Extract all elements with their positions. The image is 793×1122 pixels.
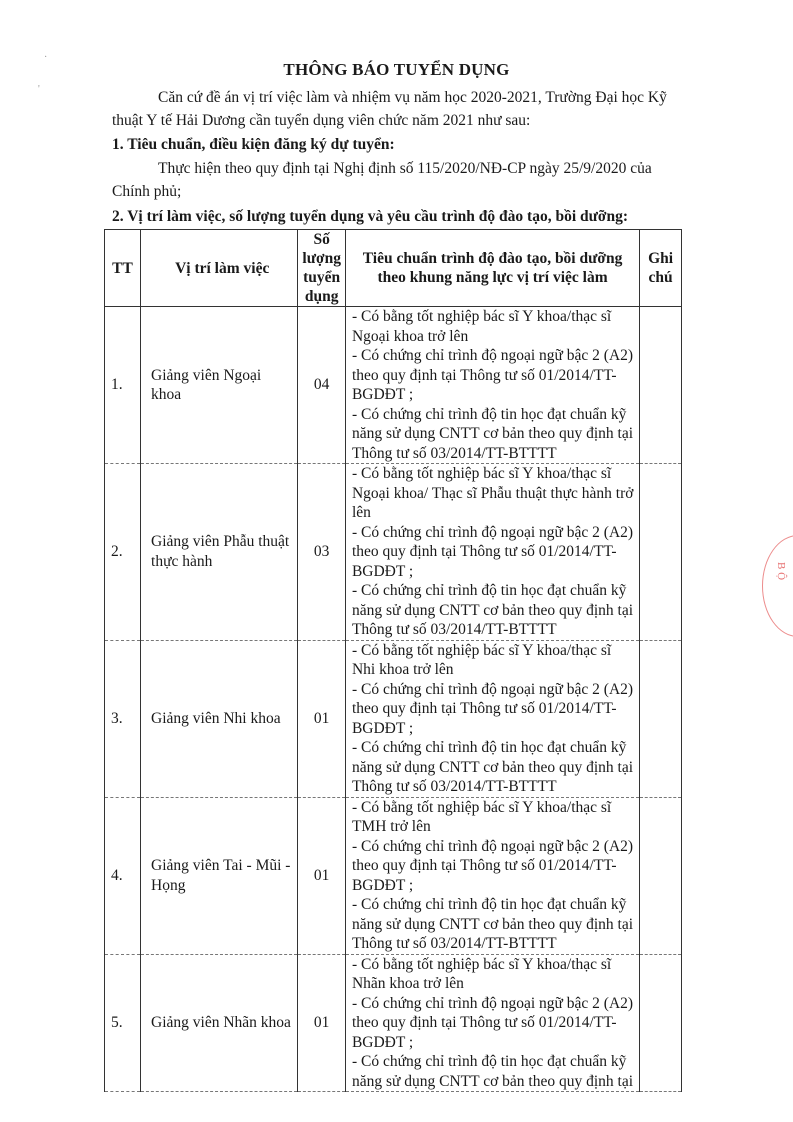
- table-header-row: TT Vị trí làm việc Số lượng tuyển dụng T…: [105, 230, 682, 307]
- section1-text: Thực hiện theo quy định tại Nghị định số…: [112, 157, 690, 203]
- standard-requirement: - Có bằng tốt nghiệp bác sĩ Y khoa/thạc …: [352, 955, 635, 994]
- standard-requirement: - Có chứng chỉ trình độ ngoại ngữ bậc 2 …: [352, 994, 635, 1053]
- cell-position: Giảng viên Phẫu thuật thực hành: [141, 464, 298, 641]
- standard-requirement: - Có chứng chỉ trình độ tin học đạt chuẩ…: [352, 895, 635, 954]
- header-position: Vị trí làm việc: [141, 230, 298, 307]
- standard-requirement: - Có bằng tốt nghiệp bác sĩ Y khoa/thạc …: [352, 798, 635, 837]
- cell-quantity: 01: [298, 797, 346, 954]
- standard-requirement: - Có chứng chỉ trình độ ngoại ngữ bậc 2 …: [352, 523, 635, 582]
- official-stamp: [762, 535, 793, 637]
- cell-tt: 5.: [105, 954, 141, 1092]
- table-row: 5.Giảng viên Nhãn khoa01- Có bằng tốt ng…: [105, 954, 682, 1092]
- cell-note: [640, 464, 682, 641]
- table-row: 2.Giảng viên Phẫu thuật thực hành03- Có …: [105, 464, 682, 641]
- cell-quantity: 01: [298, 954, 346, 1092]
- header-note: Ghi chú: [640, 230, 682, 307]
- recruitment-table: TT Vị trí làm việc Số lượng tuyển dụng T…: [104, 229, 682, 1092]
- standard-requirement: - Có chứng chỉ trình độ tin học đạt chuẩ…: [352, 405, 635, 464]
- cell-note: [640, 640, 682, 797]
- cell-standard: - Có bằng tốt nghiệp bác sĩ Y khoa/thạc …: [345, 797, 639, 954]
- cell-position: Giảng viên Ngoại khoa: [141, 307, 298, 464]
- standard-requirement: - Có chứng chỉ trình độ ngoại ngữ bậc 2 …: [352, 680, 635, 739]
- standard-requirement: - Có chứng chỉ trình độ tin học đạt chuẩ…: [352, 1052, 635, 1091]
- table-row: 1.Giảng viên Ngoại khoa04- Có bằng tốt n…: [105, 307, 682, 464]
- cell-note: [640, 307, 682, 464]
- stamp-text: B Ộ: [775, 562, 787, 580]
- header-tt: TT: [105, 230, 141, 307]
- standard-requirement: - Có chứng chỉ trình độ tin học đạt chuẩ…: [352, 738, 635, 797]
- standard-requirement: - Có chứng chỉ trình độ ngoại ngữ bậc 2 …: [352, 837, 635, 896]
- scan-speck: ': [38, 84, 40, 95]
- standard-requirement: - Có bằng tốt nghiệp bác sĩ Y khoa/thạc …: [352, 307, 635, 346]
- cell-tt: 4.: [105, 797, 141, 954]
- cell-position: Giảng viên Nhi khoa: [141, 640, 298, 797]
- cell-standard: - Có bằng tốt nghiệp bác sĩ Y khoa/thạc …: [345, 640, 639, 797]
- standard-requirement: - Có bằng tốt nghiệp bác sĩ Y khoa/thạc …: [352, 641, 635, 680]
- standard-requirement: - Có bằng tốt nghiệp bác sĩ Y khoa/thạc …: [352, 464, 635, 523]
- section2-heading: 2. Vị trí làm việc, số lượng tuyển dụng …: [112, 205, 690, 228]
- cell-quantity: 03: [298, 464, 346, 641]
- cell-note: [640, 797, 682, 954]
- intro-paragraph: Căn cứ đề án vị trí việc làm và nhiệm vụ…: [112, 86, 690, 132]
- cell-note: [640, 954, 682, 1092]
- cell-quantity: 04: [298, 307, 346, 464]
- cell-position: Giảng viên Tai - Mũi - Họng: [141, 797, 298, 954]
- standard-requirement: - Có chứng chỉ trình độ ngoại ngữ bậc 2 …: [352, 346, 635, 405]
- header-quantity: Số lượng tuyển dụng: [298, 230, 346, 307]
- cell-quantity: 01: [298, 640, 346, 797]
- cell-tt: 1.: [105, 307, 141, 464]
- cell-tt: 3.: [105, 640, 141, 797]
- table-row: 4.Giảng viên Tai - Mũi - Họng01- Có bằng…: [105, 797, 682, 954]
- cell-standard: - Có bằng tốt nghiệp bác sĩ Y khoa/thạc …: [345, 954, 639, 1092]
- cell-tt: 2.: [105, 464, 141, 641]
- header-standard: Tiêu chuẩn trình độ đào tạo, bồi dưỡng t…: [345, 230, 639, 307]
- page-title: THÔNG BÁO TUYỂN DỤNG: [0, 60, 793, 80]
- table-row: 3.Giảng viên Nhi khoa01- Có bằng tốt ngh…: [105, 640, 682, 797]
- standard-requirement: - Có chứng chỉ trình độ tin học đạt chuẩ…: [352, 581, 635, 640]
- cell-standard: - Có bằng tốt nghiệp bác sĩ Y khoa/thạc …: [345, 307, 639, 464]
- cell-position: Giảng viên Nhãn khoa: [141, 954, 298, 1092]
- section1-heading: 1. Tiêu chuẩn, điều kiện đăng ký dự tuyể…: [112, 133, 690, 156]
- cell-standard: - Có bằng tốt nghiệp bác sĩ Y khoa/thạc …: [345, 464, 639, 641]
